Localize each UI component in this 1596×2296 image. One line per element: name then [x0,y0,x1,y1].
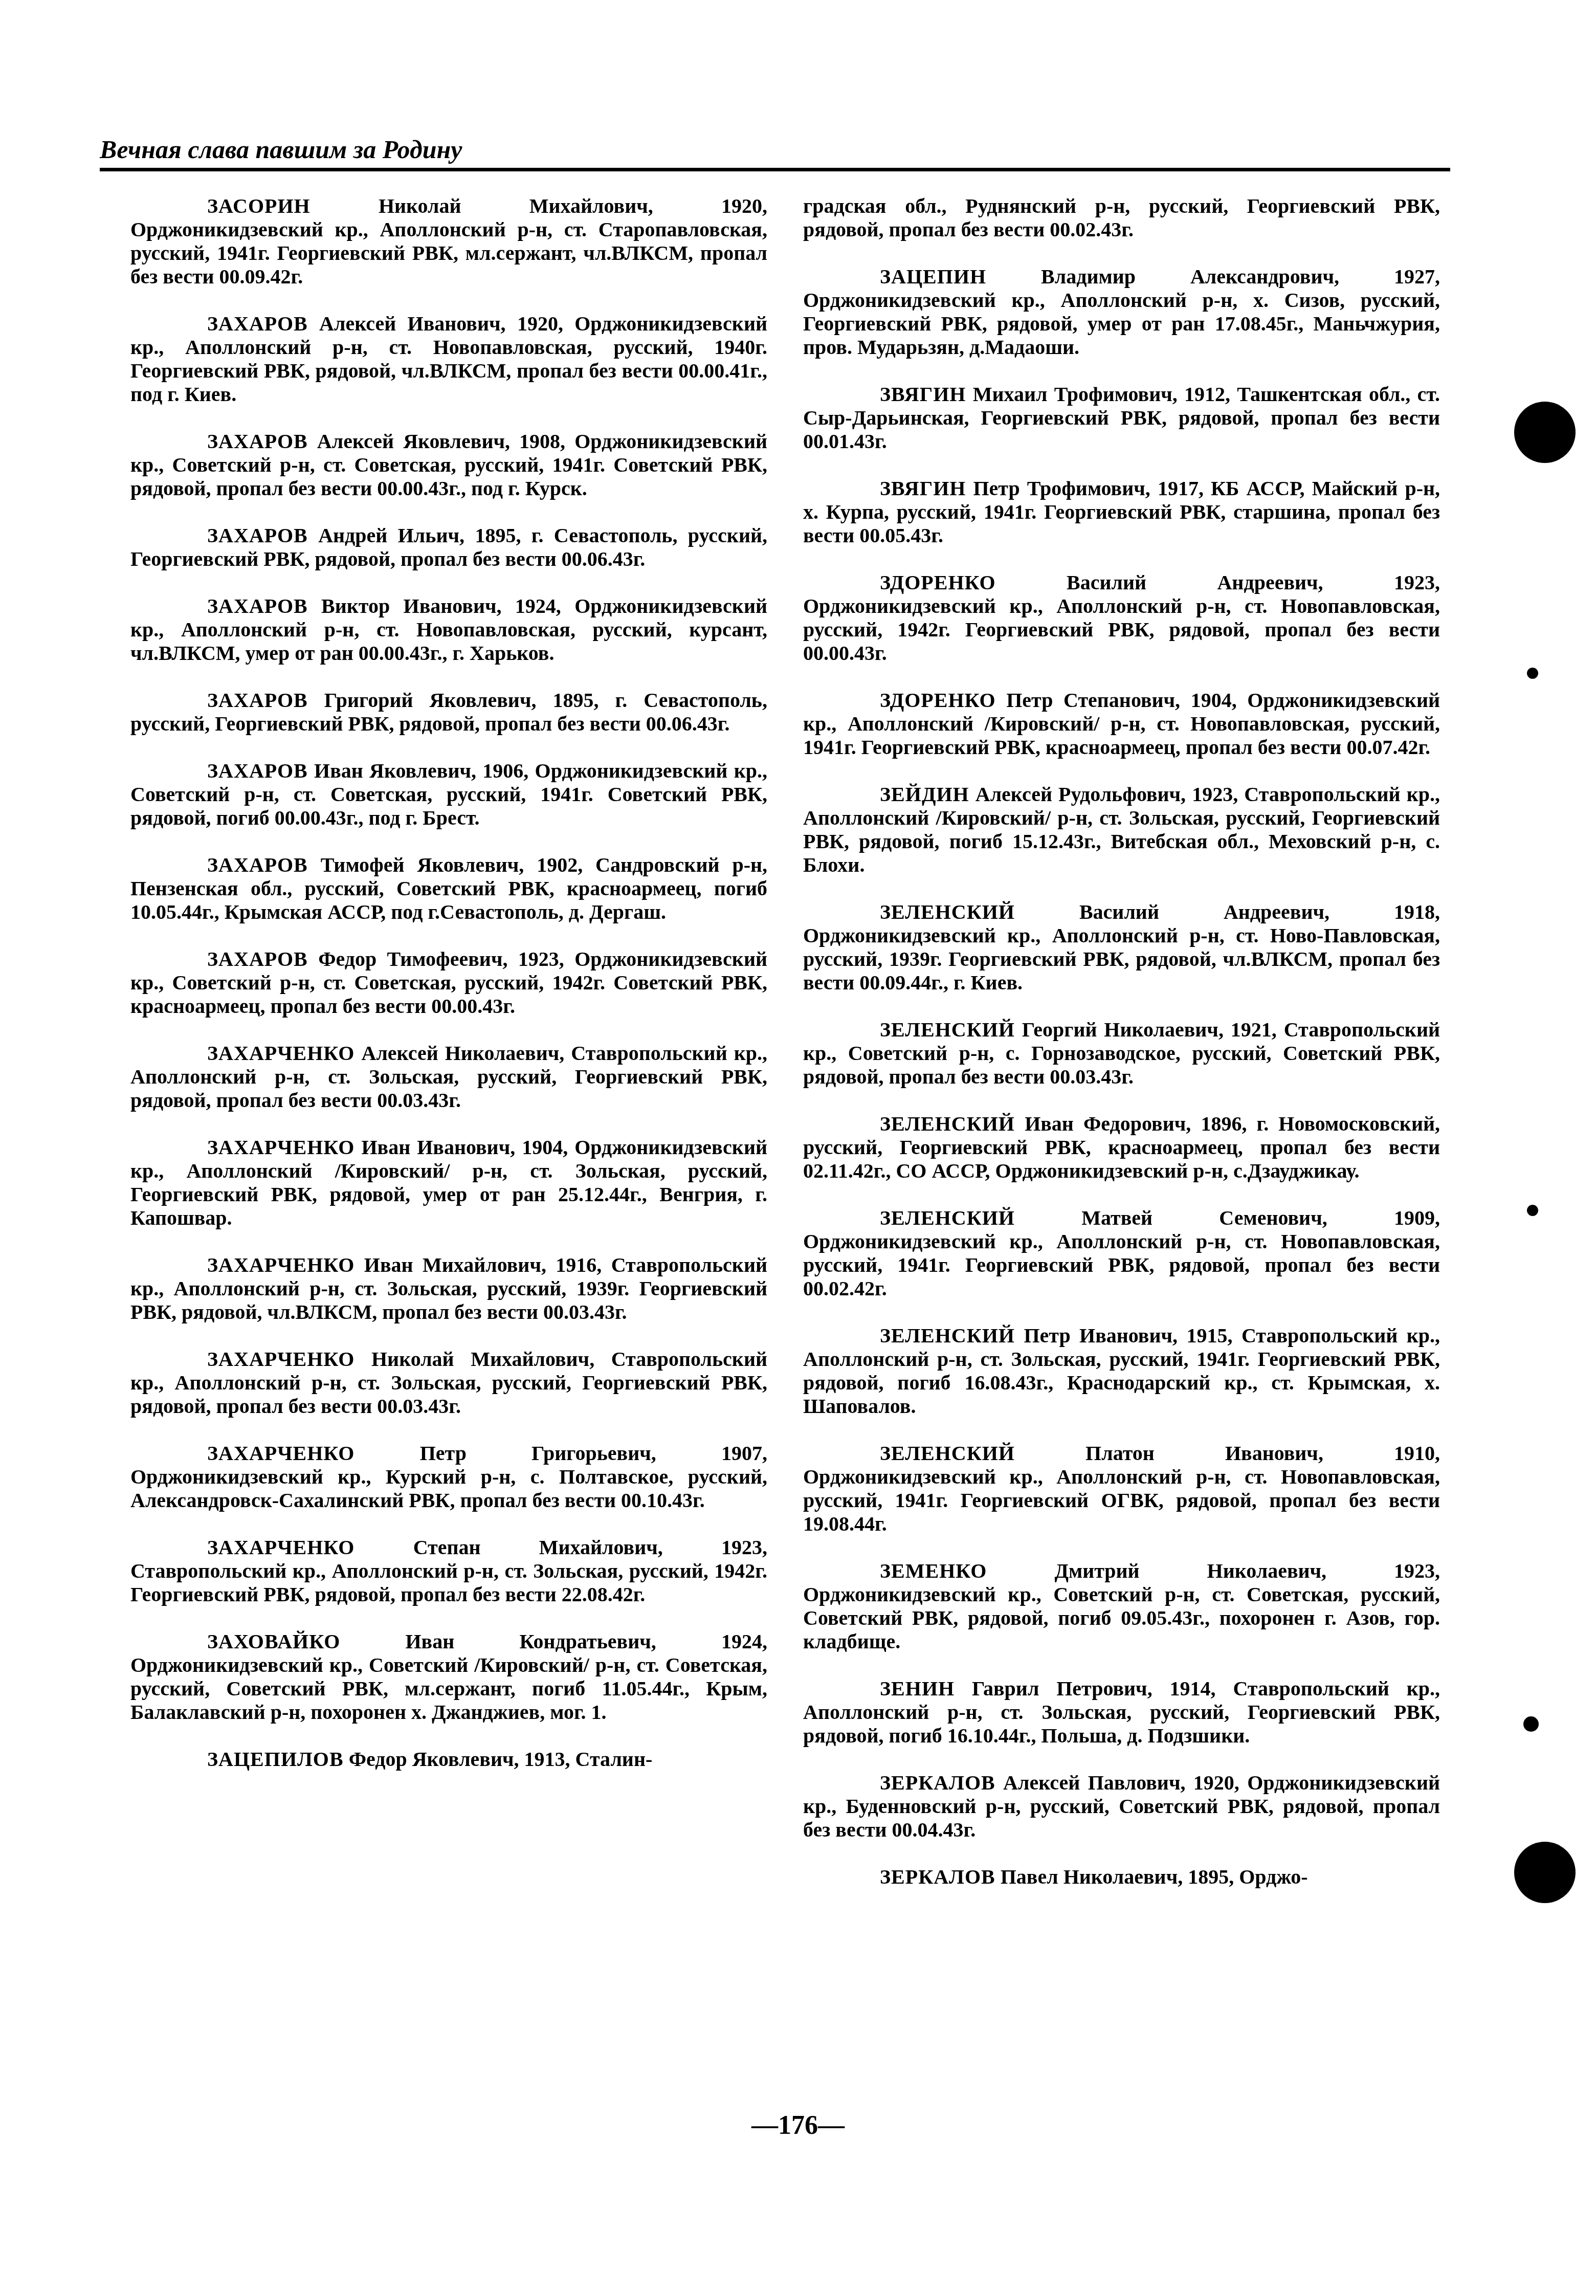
list-item: ЗАХАРЧЕНКО Степан Михайлович, 1923, Став… [130,1536,767,1606]
list-item: ЗЕЛЕНСКИЙ Платон Иванович, 1910, Орджони… [803,1442,1440,1536]
punch-hole [1514,1842,1576,1903]
entry-surname: ЗАХОВАЙКО [207,1630,340,1653]
header-title: Вечная слава павшим за Родину [100,134,1450,165]
list-item: ЗЕЛЕНСКИЙ Георгий Николаевич, 1921, Став… [803,1018,1440,1089]
punch-hole [1514,402,1576,463]
list-item: ЗАХАРОВ Алексей Яковлевич, 1908, Орджони… [130,430,767,500]
list-item: ЗАХАРОВ Тимофей Яковлевич, 1902, Сандров… [130,853,767,924]
list-item: ЗЕМЕНКО Дмитрий Николаевич, 1923, Орджон… [803,1559,1440,1653]
entry-surname: ЗДОРЕНКО [880,689,996,712]
list-item: ЗАХАРОВ Григорий Яковлевич, 1895, г. Сев… [130,689,767,736]
entry-surname: ЗЕЙДИН [880,783,969,806]
list-item: ЗЕЙДИН Алексей Рудольфович, 1923, Ставро… [803,783,1440,877]
list-item: ЗАЦЕПИЛОВ Федор Яковлевич, 1913, Сталин- [130,1748,767,1771]
entry-surname: ЗЕЛЕНСКИЙ [880,1324,1015,1347]
entry-surname: ЗАХАРОВ [207,524,308,547]
entry-surname: ЗАХАРОВ [207,594,308,617]
list-item: ЗАХАРОВ Алексей Иванович, 1920, Орджоник… [130,312,767,406]
entry-surname: ЗАХАРОВ [207,430,308,453]
list-item: ЗВЯГИН Петр Трофимович, 1917, КБ АССР, М… [803,477,1440,547]
punch-hole [1527,1205,1538,1216]
entry-details: Павел Николаевич, 1895, Орджо- [1001,1865,1308,1888]
list-item: ЗАХАРЧЕНКО Николай Михайлович, Ставропол… [130,1348,767,1418]
entry-surname: ЗАХАРЧЕНКО [207,1348,354,1371]
list-item: ЗДОРЕНКО Петр Степанович, 1904, Орджоник… [803,689,1440,759]
entry-surname: ЗАХАРОВ [207,312,308,335]
left-column: ЗАСОРИН Николай Михайлович, 1920, Орджон… [130,194,767,1795]
running-header: Вечная слава павшим за Родину [100,134,1450,171]
list-item: ЗАХАРОВ Виктор Иванович, 1924, Орджоники… [130,594,767,665]
entry-surname: ЗАХАРЧЕНКО [207,1442,354,1465]
entry-surname: ЗАЦЕПИЛОВ [207,1748,344,1771]
list-item: ЗАСОРИН Николай Михайлович, 1920, Орджон… [130,194,767,289]
list-item: ЗАХАРОВ Андрей Ильич, 1895, г. Севастопо… [130,524,767,571]
list-item: ЗВЯГИН Михаил Трофимович, 1912, Ташкентс… [803,383,1440,453]
entry-surname: ЗЕЛЕНСКИЙ [880,1112,1015,1135]
entry-surname: ЗАСОРИН [207,194,311,217]
entry-surname: ЗВЯГИН [880,477,966,500]
punch-hole [1527,668,1538,679]
entry-surname: ЗЕРКАЛОВ [880,1771,995,1794]
right-column: градская обл., Руднянский р-н, русский, … [803,194,1440,1912]
entry-surname: ЗЕРКАЛОВ [880,1865,995,1888]
entry-surname: ЗДОРЕНКО [880,571,996,594]
entry-surname: ЗЕЛЕНСКИЙ [880,1206,1015,1229]
list-item: ЗЕЛЕНСКИЙ Иван Федорович, 1896, г. Новом… [803,1112,1440,1183]
list-item: ЗЕНИН Гаврил Петрович, 1914, Ставропольс… [803,1677,1440,1748]
entry-surname: ЗАХАРЧЕНКО [207,1042,354,1065]
list-item: градская обл., Руднянский р-н, русский, … [803,194,1440,241]
entry-surname: ЗЕМЕНКО [880,1559,987,1582]
list-item: ЗАХАРЧЕНКО Петр Григорьевич, 1907, Орджо… [130,1442,767,1512]
header-rule [100,168,1450,171]
list-item: ЗАЦЕПИН Владимир Александрович, 1927, Ор… [803,265,1440,359]
entry-surname: ЗАХАРОВ [207,759,308,782]
entry-surname: ЗАХАРЧЕНКО [207,1253,354,1276]
list-item: ЗДОРЕНКО Василий Андреевич, 1923, Орджон… [803,571,1440,665]
entry-surname: ЗАХАРОВ [207,689,308,712]
entry-surname: ЗАХАРЧЕНКО [207,1136,354,1159]
entry-surname: ЗЕНИН [880,1677,955,1700]
entry-surname: ЗАХАРОВ [207,853,308,876]
page-number: —176— [0,2110,1596,2140]
punch-hole [1523,1716,1539,1732]
list-item: ЗЕРКАЛОВ Алексей Павлович, 1920, Орджони… [803,1771,1440,1842]
list-item: ЗАХАРЧЕНКО Иван Иванович, 1904, Орджоник… [130,1136,767,1230]
list-item: ЗЕЛЕНСКИЙ Матвей Семенович, 1909, Орджон… [803,1206,1440,1300]
entry-surname: ЗВЯГИН [880,383,966,406]
entry-surname: ЗЕЛЕНСКИЙ [880,900,1015,923]
list-item: ЗАХАРЧЕНКО Алексей Николаевич, Ставропол… [130,1042,767,1112]
list-item: ЗАХОВАЙКО Иван Кондратьевич, 1924, Орджо… [130,1630,767,1724]
list-item: ЗЕРКАЛОВ Павел Николаевич, 1895, Орджо- [803,1865,1440,1889]
list-item: ЗЕЛЕНСКИЙ Василий Андреевич, 1918, Орджо… [803,900,1440,995]
entry-surname: ЗАЦЕПИН [880,265,986,288]
list-item: ЗЕЛЕНСКИЙ Петр Иванович, 1915, Ставропол… [803,1324,1440,1418]
entry-surname: ЗЕЛЕНСКИЙ [880,1018,1015,1041]
list-item: ЗАХАРОВ Иван Яковлевич, 1906, Орджоникид… [130,759,767,830]
list-item: ЗАХАРОВ Федор Тимофеевич, 1923, Орджоник… [130,947,767,1018]
entry-surname: ЗЕЛЕНСКИЙ [880,1442,1015,1465]
list-item: ЗАХАРЧЕНКО Иван Михайлович, 1916, Ставро… [130,1253,767,1324]
entry-details: Федор Яковлевич, 1913, Сталин- [349,1748,653,1771]
entry-surname: ЗАХАРОВ [207,947,308,970]
entry-surname: ЗАХАРЧЕНКО [207,1536,354,1559]
entry-details: градская обл., Руднянский р-н, русский, … [803,194,1440,241]
